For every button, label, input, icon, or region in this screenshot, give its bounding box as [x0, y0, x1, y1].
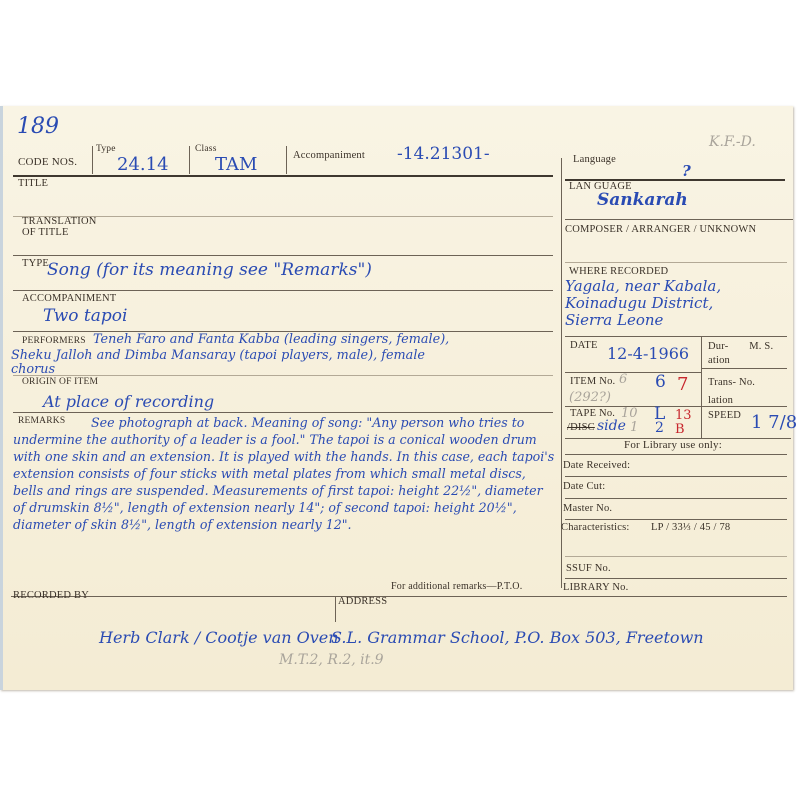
- origin-label: ORIGIN OF ITEM: [22, 377, 98, 387]
- code-nos-label: CODE NOS.: [18, 156, 77, 168]
- translation-label-line1: TRANSLATION: [22, 216, 97, 227]
- where-recorded-label: WHERE RECORDED: [569, 266, 668, 277]
- speed-label: SPEED: [708, 410, 741, 421]
- translation-label: TRANSLATION OF TITLE: [22, 216, 97, 238]
- address-value: S.L. Grammar School, P.O. Box 503, Freet…: [331, 628, 704, 647]
- rule: [13, 375, 553, 376]
- rule: [701, 406, 787, 407]
- rule: [13, 255, 553, 256]
- rule: [565, 372, 701, 373]
- divider: [189, 146, 190, 174]
- date-cut-label: Date Cut:: [563, 481, 605, 492]
- type-code-label: Type: [96, 144, 116, 154]
- type-code-value: 24.14: [117, 154, 169, 175]
- accompaniment-value: Two tapoi: [43, 306, 127, 326]
- rule: [13, 175, 553, 177]
- rule: [565, 498, 787, 499]
- disc-label: /DISC: [567, 422, 595, 433]
- rule: [701, 368, 787, 369]
- rule: [13, 290, 553, 291]
- type-value: Song (for its meaning see "Remarks"): [47, 260, 372, 280]
- ssuf-no-label: SSUF No.: [566, 563, 611, 574]
- where-line-3: Sierra Leone: [565, 312, 721, 329]
- pto-note: For additional remarks—P.T.O.: [391, 581, 522, 592]
- side-value: 2: [655, 420, 664, 436]
- performers-line-2: Sheku Jalloh and Dimba Mansaray (tapoi p…: [11, 348, 425, 363]
- library-use-heading: For Library use only:: [624, 439, 722, 451]
- where-line-1: Yagala, near Kabala,: [565, 278, 721, 295]
- recorded-by-label: RECORDED BY: [13, 590, 89, 601]
- item-no-pencil-note: (292?): [569, 390, 611, 405]
- where-recorded-value: Yagala, near Kabala, Koinadugu District,…: [565, 278, 721, 329]
- side-red: B: [675, 422, 685, 437]
- rule: [565, 578, 787, 579]
- language-value: Sankarah: [597, 190, 688, 210]
- rule: [565, 556, 787, 557]
- remarks-value: See photograph at back. Meaning of song:…: [13, 414, 558, 533]
- class-label: Class: [195, 144, 217, 154]
- pencil-initials: K.F.-D.: [709, 134, 756, 150]
- accompaniment-code-value: -14.21301-: [397, 144, 490, 164]
- side-label-handwritten: side: [597, 418, 626, 434]
- library-no-label: LIBRARY No.: [563, 582, 628, 593]
- class-value: TAM: [215, 154, 257, 175]
- recorded-by-value: Herb Clark / Cootje van Oven: [99, 628, 339, 647]
- rule: [565, 454, 787, 455]
- address-label: ADDRESS: [338, 596, 387, 607]
- origin-value: At place of recording: [43, 392, 214, 411]
- catalogue-card: 189 CODE NOS. Type 24.14 Class TAM Accom…: [0, 106, 793, 690]
- accompaniment-code-label: Accompaniment: [293, 150, 365, 161]
- title-label: TITLE: [18, 178, 48, 189]
- divider: [92, 146, 93, 174]
- translation-no-label: Trans- No. lation: [708, 374, 755, 410]
- speed-value: 1 7/8: [751, 412, 797, 433]
- item-no-label: ITEM No.: [570, 376, 615, 387]
- language-top-value: ?: [682, 162, 691, 180]
- tape-no-red: 13: [675, 408, 692, 423]
- rule: [565, 262, 787, 263]
- pencil-footer: M.T.2, R.2, it.9: [279, 652, 384, 668]
- date-received-label: Date Received:: [563, 460, 630, 471]
- divider: [701, 336, 702, 438]
- accompaniment-label: ACCOMPANIMENT: [22, 293, 116, 304]
- translation-label-line2: OF TITLE: [22, 227, 97, 238]
- where-line-2: Koinadugu District,: [565, 295, 721, 312]
- rule: [565, 476, 787, 477]
- disc-pencil: 1: [630, 420, 638, 435]
- rule: [13, 412, 553, 413]
- rule: [565, 219, 793, 220]
- composer-label: COMPOSER / ARRANGER / UNKNOWN: [565, 224, 756, 235]
- rule: [565, 519, 787, 520]
- duration-label: Dur- M. S. ation: [708, 340, 773, 368]
- card-number: 189: [17, 114, 59, 139]
- item-no-pencil: 6: [619, 372, 627, 387]
- type-label: TYPE: [22, 258, 49, 269]
- rule: [565, 336, 787, 337]
- rule: [11, 596, 787, 597]
- date-label: DATE: [570, 340, 598, 351]
- characteristics-options: LP / 33⅓ / 45 / 78: [651, 522, 730, 533]
- divider: [286, 146, 287, 174]
- master-no-label: Master No.: [563, 503, 612, 514]
- date-value: 12-4-1966: [607, 344, 689, 363]
- characteristics-label: Characteristics:: [561, 522, 630, 533]
- performers-line-1: Teneh Faro and Fanta Kabba (leading sing…: [93, 332, 449, 347]
- item-no-value: 6: [655, 372, 666, 392]
- performers-label: PERFORMERS: [22, 336, 86, 346]
- language-top-label: Language: [573, 154, 616, 165]
- divider: [335, 596, 336, 622]
- item-no-red: 7: [677, 374, 688, 395]
